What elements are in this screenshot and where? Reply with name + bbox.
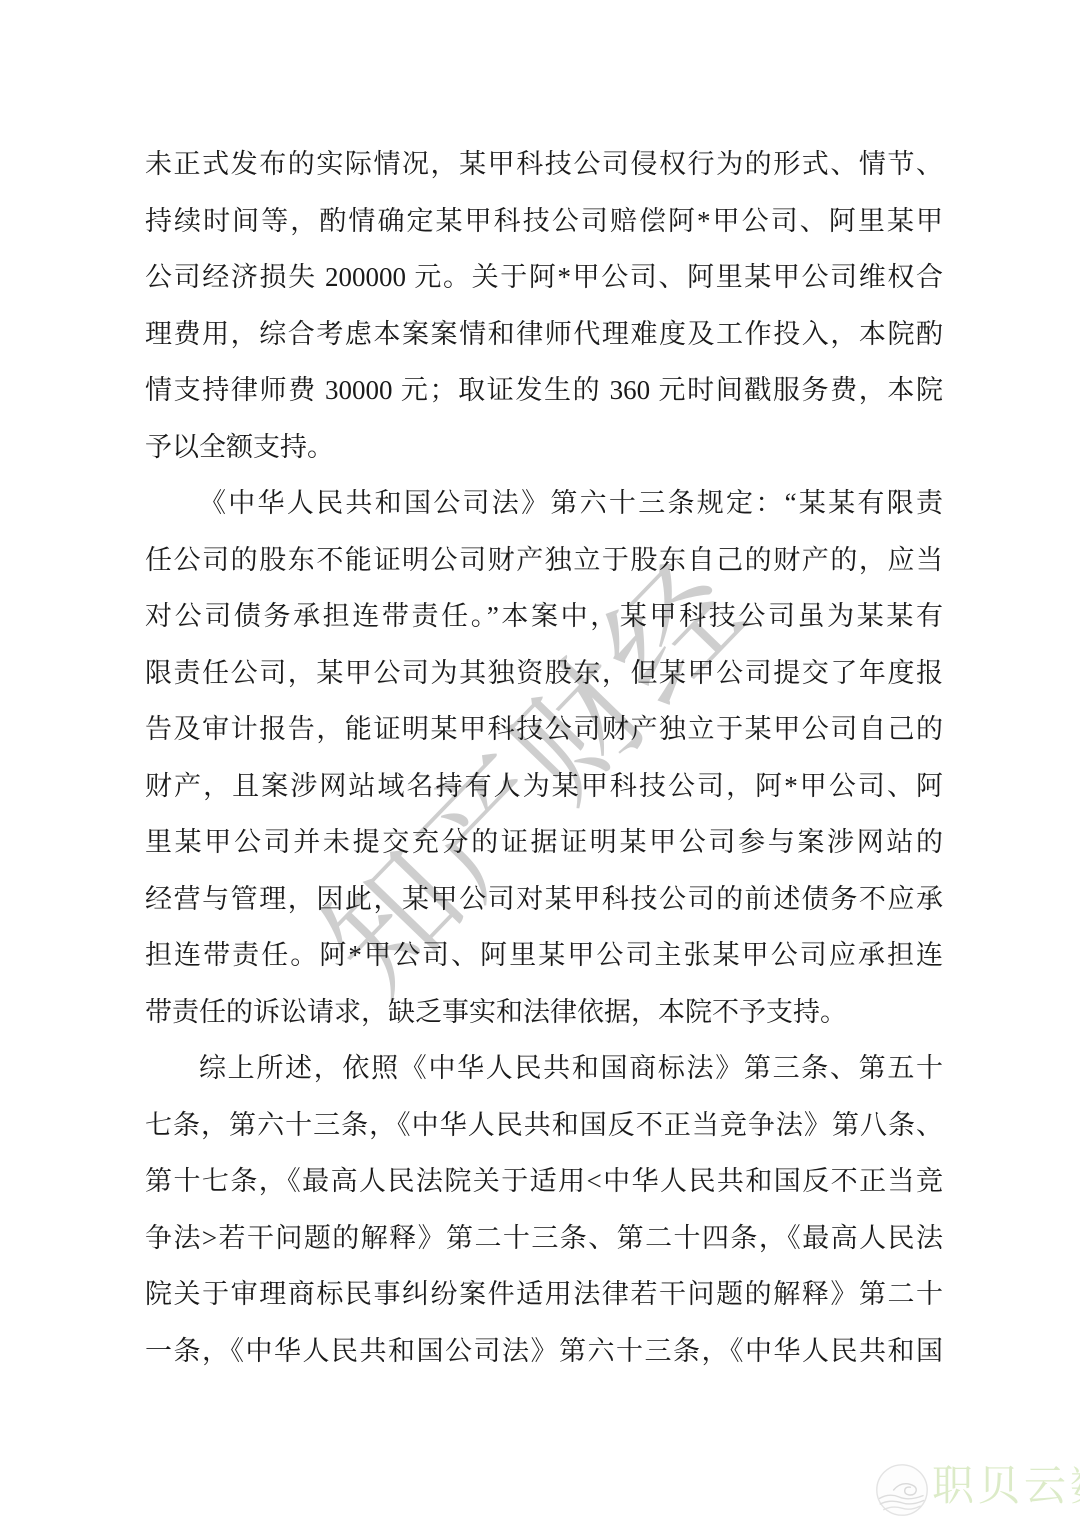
text-line: 争法>若干问题的解释》第二十三条、第二十四条，《最高人民法 (145, 1210, 943, 1267)
document-lines: 未正式发布的实际情况，某甲科技公司侵权行为的形式、情节、持续时间等，酌情确定某甲… (145, 136, 943, 1379)
text-line: 未正式发布的实际情况，某甲科技公司侵权行为的形式、情节、 (145, 136, 943, 193)
text-line: 里某甲公司并未提交充分的证据证明某甲公司参与案涉网站的 (145, 814, 943, 871)
text-line: 《中华人民共和国公司法》第六十三条规定：“某某有限责 (145, 475, 943, 532)
text-line: 告及审计报告，能证明某甲科技公司财产独立于某甲公司自己的 (145, 701, 943, 758)
text-line: 院关于审理商标民事纠纷案件适用法律若干问题的解释》第二十 (145, 1266, 943, 1323)
text-line: 公司经济损失 200000 元。关于阿*甲公司、阿里某甲公司维权合 (145, 249, 943, 306)
text-line: 予以全额支持。 (145, 419, 943, 476)
text-line: 情支持律师费 30000 元；取证发生的 360 元时间戳服务费，本院 (145, 362, 943, 419)
text-line: 财产，且案涉网站域名持有人为某甲科技公司，阿*甲公司、阿 (145, 758, 943, 815)
text-line: 综上所述，依照《中华人民共和国商标法》第三条、第五十 (145, 1040, 943, 1097)
text-line: 一条，《中华人民共和国公司法》第六十三条，《中华人民共和国 (145, 1323, 943, 1380)
wave-circle-icon (874, 1462, 930, 1518)
text-line: 带责任的诉讼请求，缺乏事实和法律依据，本院不予支持。 (145, 984, 943, 1041)
document-page: 知产财经 未正式发布的实际情况，某甲科技公司侵权行为的形式、情节、持续时间等，酌… (0, 0, 1080, 1528)
text-line: 经营与管理，因此，某甲公司对某甲科技公司的前述债务不应承 (145, 871, 943, 928)
text-line: 第十七条，《最高人民法院关于适用<中华人民共和国反不正当竞 (145, 1153, 943, 1210)
text-line: 对公司债务承担连带责任。”本案中，某甲科技公司虽为某某有 (145, 588, 943, 645)
footer-logo: 职贝云数 (874, 1460, 1080, 1520)
text-line: 担连带责任。阿*甲公司、阿里某甲公司主张某甲公司应承担连 (145, 927, 943, 984)
text-line: 限责任公司，某甲公司为其独资股东，但某甲公司提交了年度报 (145, 645, 943, 702)
footer-logo-text: 职贝云数 (932, 1463, 1080, 1509)
text-line: 持续时间等，酌情确定某甲科技公司赔偿阿*甲公司、阿里某甲 (145, 193, 943, 250)
text-line: 任公司的股东不能证明公司财产独立于股东自己的财产的，应当 (145, 532, 943, 589)
text-line: 理费用，综合考虑本案案情和律师代理难度及工作投入，本院酌 (145, 306, 943, 363)
text-line: 七条，第六十三条，《中华人民共和国反不正当竞争法》第八条、 (145, 1097, 943, 1154)
